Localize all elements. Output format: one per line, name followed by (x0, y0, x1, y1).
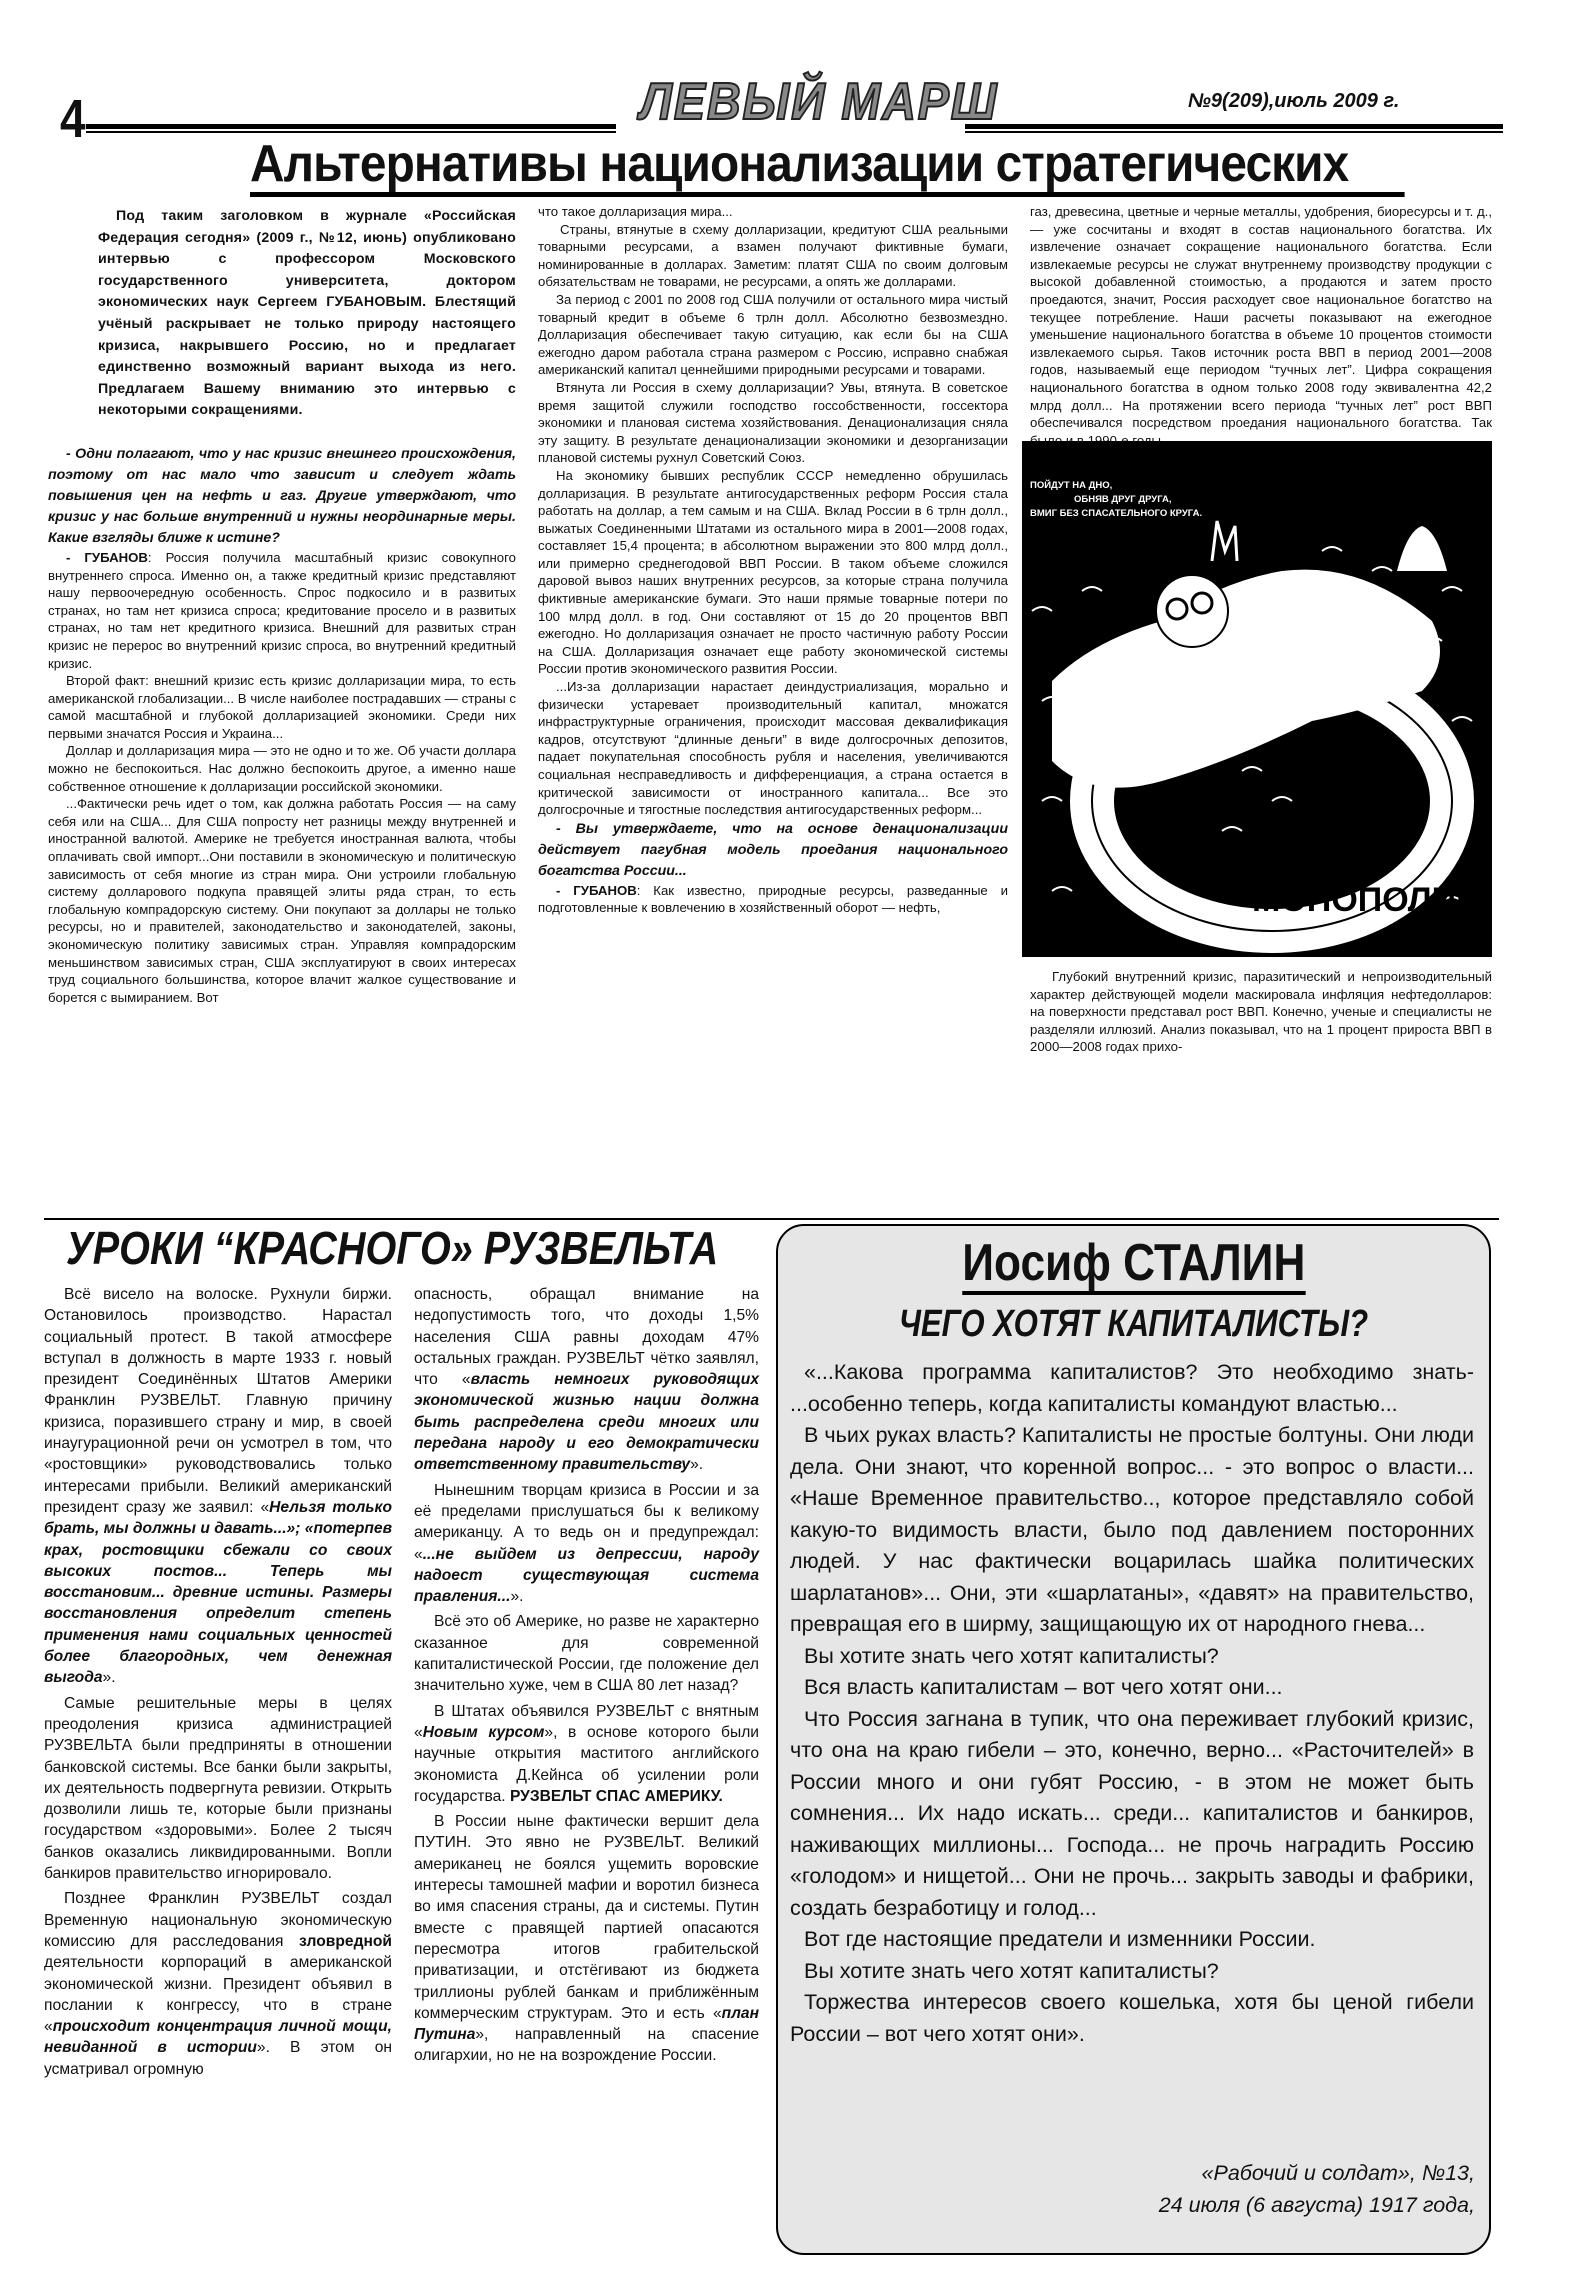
paragraph: Вы хотите знать чего хотят капиталисты? (790, 1641, 1474, 1673)
paragraph: что такое долларизация мира... (538, 203, 1008, 221)
interview-question-1: - Одни полагают, что у нас кризис внешне… (48, 444, 516, 549)
stalin-quote-box: Иосиф СТАЛИН ЧЕГО ХОТЯТ КАПИТАЛИСТЫ? «..… (776, 1224, 1491, 2255)
article1-column-3-continued: Глубокий внутренний кризис, паразитическ… (1030, 968, 1492, 1056)
paragraph: В чьих руках власть? Капиталисты не прос… (790, 1420, 1474, 1641)
answer-1: - ГУБАНОВ: Россия получила масштабный кр… (48, 549, 516, 672)
paragraph: В России ныне фактически вершит дела ПУТ… (414, 1811, 759, 2067)
article1-column-1: Под таким заголовком в журнале «Российск… (48, 206, 516, 1006)
paragraph: Что Россия загнана в тупик, что она пере… (790, 1704, 1474, 1925)
paragraph: газ, древесина, цветные и черные металлы… (1030, 203, 1492, 449)
masthead-rule-right-thin (965, 131, 1503, 133)
stalin-quote-body: «...Какова программа капиталистов? Это н… (790, 1357, 1474, 2050)
paragraph: В Штатах объявился РУЗВЕЛЬТ с внятным «Н… (414, 1701, 759, 1807)
paragraph: «...Какова программа капиталистов? Это н… (790, 1357, 1474, 1420)
section-divider (44, 1218, 1499, 1220)
paragraph: На экономику бывших республик СССР немед… (538, 467, 1008, 678)
paragraph: Самые решительные меры в целях преодолен… (44, 1693, 392, 1885)
issue-date: №9(209),июль 2009 г. (1188, 90, 1399, 113)
stalin-article-title: ЧЕГО ХОТЯТ КАПИТАЛИСТЫ? (842, 1304, 1425, 1346)
paragraph: Втянута ли Россия в схему долларизации? … (538, 379, 1008, 467)
cartoon-caption: ПОЙДУТ НА ДНО, ОБНЯВ ДРУГ ДРУГА, ВМИГ БЕ… (1030, 479, 1202, 521)
paragraph: Нынешним творцам кризиса в России и за е… (414, 1480, 759, 1608)
masthead-rule-left (86, 124, 616, 129)
answer-2: - ГУБАНОВ: Как известно, природные ресур… (538, 882, 1008, 917)
stalin-author-heading: Иосиф СТАЛИН (778, 1236, 1489, 1295)
page-headline: Альтернативы национализации стратегическ… (250, 138, 1405, 197)
paragraph: Глубокий внутренний кризис, паразитическ… (1030, 968, 1492, 1056)
speaker-name: - ГУБАНОВ (66, 550, 148, 565)
paragraph: Доллар и долларизация мира — это не одно… (48, 742, 516, 795)
article1-column-3: газ, древесина, цветные и черные металлы… (1030, 203, 1492, 449)
roosevelt-column-2: опасность, обращал внимание на недопусти… (414, 1284, 759, 2067)
ring-label: МОНОПОЛИИ (1252, 881, 1481, 919)
paragraph: Всё висело на волоске. Рухнули биржи. Ос… (44, 1284, 392, 1689)
paragraph: Всё это об Америке, но разве не характер… (414, 1611, 759, 1696)
paragraph: Вся власть капиталистам – вот чего хотят… (790, 1672, 1474, 1704)
paragraph: Страны, втянутые в схему долларизации, к… (538, 221, 1008, 291)
paragraph: Второй факт: внешний кризис есть кризис … (48, 672, 516, 742)
interview-question-2: - Вы утверждаете, что на основе денацион… (538, 819, 1008, 882)
paragraph: Вы хотите знать чего хотят капиталисты? (790, 1956, 1474, 1988)
paragraph: Торжества интересов своего кошелька, хот… (790, 1987, 1474, 2050)
page-number: 4 (60, 92, 86, 146)
political-cartoon: МОНОПОЛИИ ПОЙДУТ НА ДНО, ОБНЯВ ДРУГ ДРУГ… (1022, 441, 1492, 957)
article1-lead: Под таким заголовком в журнале «Российск… (48, 206, 516, 422)
roosevelt-column-1: Всё висело на волоске. Рухнули биржи. Ос… (44, 1284, 392, 2080)
quote-source: «Рабочий и солдат», №13, 24 июля (6 авгу… (1159, 2158, 1475, 2221)
paragraph: ...Из-за долларизации нарастает деиндуст… (538, 678, 1008, 819)
paragraph: Позднее Франклин РУЗВЕЛЬТ создал Временн… (44, 1888, 392, 2080)
newspaper-logo: ЛЕВЫЙ МАРШ (640, 76, 998, 128)
paragraph: опасность, обращал внимание на недопусти… (414, 1284, 759, 1476)
article1-column-2: что такое долларизация мира... Страны, в… (538, 203, 1008, 917)
paragraph: За период с 2001 по 2008 год США получил… (538, 291, 1008, 379)
roosevelt-article-title: УРОКИ “КРАСНОГО» РУЗВЕЛЬТА (66, 1222, 718, 1275)
masthead-rule-left-thin (86, 131, 616, 133)
paragraph: Вот где настоящие предатели и изменники … (790, 1924, 1474, 1956)
masthead-rule-right (965, 124, 1503, 129)
paragraph: ...Фактически речь идет о том, как должн… (48, 795, 516, 1006)
